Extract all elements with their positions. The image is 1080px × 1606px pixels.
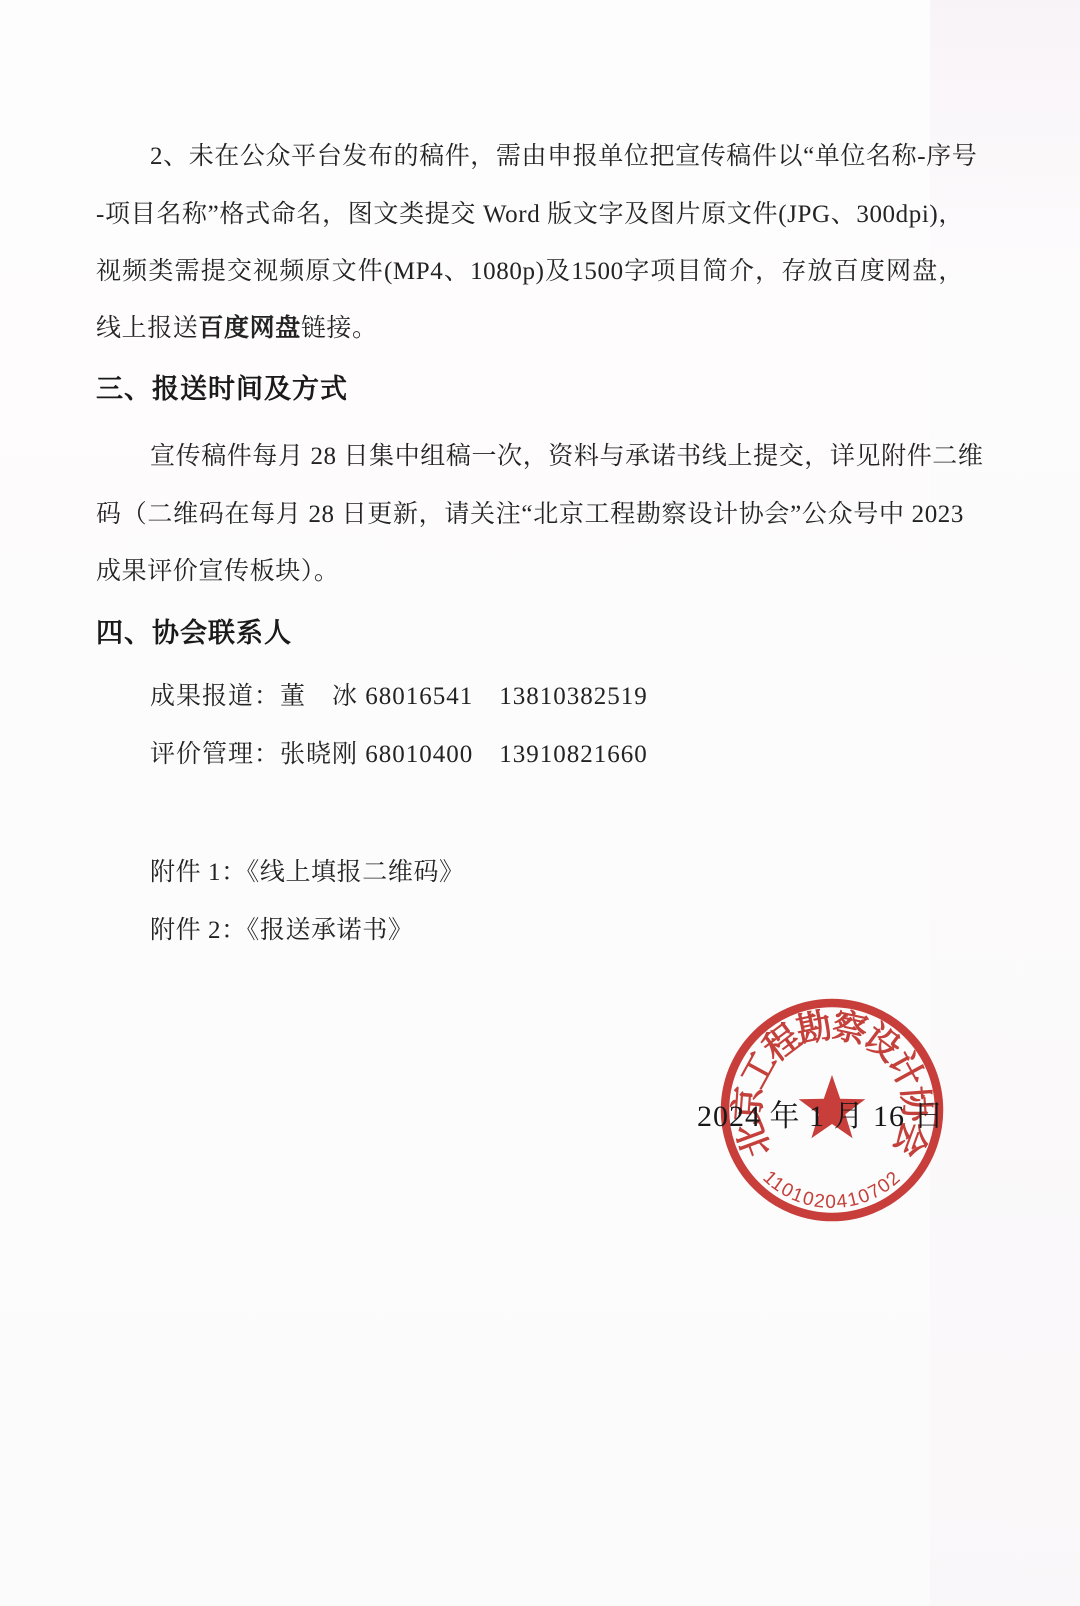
para1-line4-prefix: 线上报送 [96, 315, 198, 342]
scanned-notice-page: 2、未在公众平台发布的稿件，需由申报单位把宣传稿件以“单位名称-序号 -项目名称… [0, 0, 1080, 1606]
para2-line2: 码（二维码在每月 28 日更新，请关注“北京工程勘察设计协会”公众号中 2023 [96, 486, 964, 544]
document-date: 2024 年 1 月 16 日 [697, 1093, 957, 1141]
para1-line4-suffix: 链接。 [301, 315, 378, 342]
para1-line2: -项目名称”格式命名，图文类提交 Word 版文字及图片原文件(JPG、300d… [96, 186, 964, 244]
contact-line-results-report: 成果报道：董 冰 68016541 13810382519 [150, 668, 970, 726]
para2-line1: 宣传稿件每月 28 日集中组稿一次，资料与承诺书线上提交，详见附件二维 [150, 428, 970, 486]
para1-line4: 线上报送百度网盘链接。 [96, 300, 964, 358]
para1-line1: 2、未在公众平台发布的稿件，需由申报单位把宣传稿件以“单位名称-序号 [150, 128, 970, 186]
para1-line3: 视频类需提交视频原文件(MP4、1080p)及1500字项目简介，存放百度网盘， [96, 243, 964, 301]
contact-line-evaluation-management: 评价管理：张晓刚 68010400 13910821660 [150, 726, 970, 784]
attachment-1-line: 附件 1：《线上填报二维码》 [150, 844, 970, 902]
attachment-2-line: 附件 2：《报送承诺书》 [150, 902, 970, 960]
para1-line4-emphasis: 百度网盘 [198, 315, 300, 342]
para2-line3: 成果评价宣传板块）。 [96, 543, 964, 601]
section3-heading: 三、报送时间及方式 [96, 360, 964, 418]
section4-heading: 四、协会联系人 [96, 604, 964, 662]
